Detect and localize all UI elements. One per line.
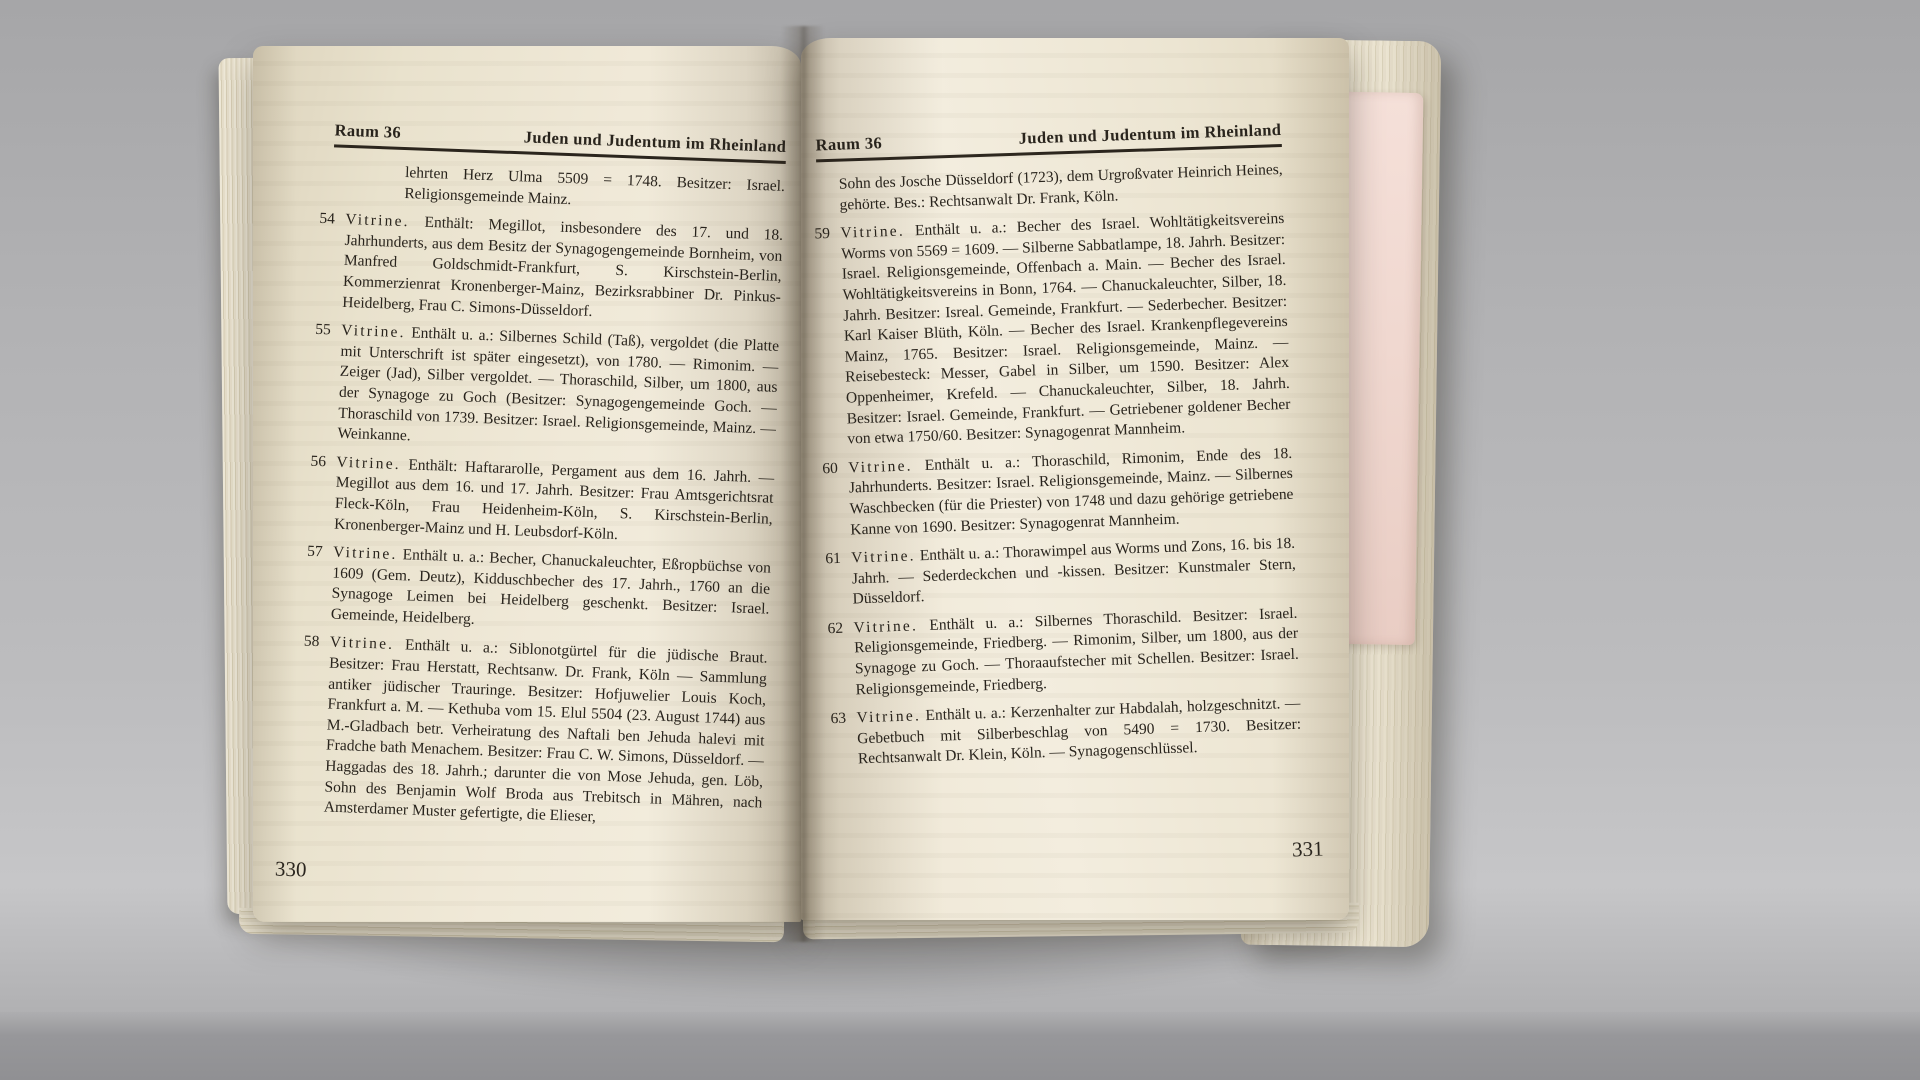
table-surface — [0, 1012, 1920, 1080]
entry-number: 62 — [827, 619, 843, 640]
header-title-left: Juden und Judentum im Rheinland — [523, 127, 786, 157]
catalog-entry-57: 57 Vitrine. Enthält u. a.: Becher, Chanu… — [305, 542, 772, 641]
entry-number: 58 — [303, 632, 319, 653]
page-number-left: 330 — [275, 856, 307, 882]
entry-label: Vitrine. — [330, 634, 395, 653]
continuation-paragraph: lehrten Herz Ulma 5509 = 1748. Besitzer:… — [320, 160, 785, 218]
continuation-paragraph: Sohn des Josche Düsseldorf (1723), dem U… — [813, 160, 1284, 217]
entry-label: Vitrine. — [333, 544, 398, 563]
header-title-right: Juden und Judentum im Rheinland — [1018, 120, 1281, 149]
running-header-left: Raum 36 Juden und Judentum im Rheinland — [334, 120, 787, 164]
entry-number: 61 — [825, 549, 841, 570]
catalog-entry-59: 59 Vitrine. Enthält u. a.: Becher des Is… — [814, 209, 1291, 451]
catalog-entry-61: 61 Vitrine. Enthält u. a.: Thorawimpel a… — [825, 534, 1297, 611]
left-page-body: lehrten Herz Ulma 5509 = 1748. Besitzer:… — [297, 160, 785, 834]
entry-text: Vitrine. Enthält: Haftararolle, Pergamen… — [334, 452, 775, 550]
catalog-entry-62: 62 Vitrine. Enthält u. a.: Silbernes Tho… — [827, 604, 1299, 702]
page-number-right: 331 — [1291, 836, 1323, 862]
entry-number: 63 — [830, 709, 846, 730]
catalog-entry-63: 63 Vitrine. Enthält u. a.: Kerzenhalter … — [830, 694, 1302, 771]
header-room-left: Raum 36 — [334, 120, 401, 142]
entry-number: 56 — [310, 451, 326, 472]
entry-label: Vitrine. — [341, 322, 406, 341]
entry-label: Vitrine. — [853, 617, 918, 636]
entry-number: 57 — [307, 542, 323, 563]
open-book: Raum 36 Juden und Judentum im Rheinland … — [225, 14, 1420, 964]
entry-number: 60 — [822, 459, 838, 480]
entry-label: Vitrine. — [848, 457, 913, 476]
catalog-entry-60: 60 Vitrine. Enthält u. a.: Thoraschild, … — [822, 444, 1294, 542]
book-page-left: Raum 36 Juden und Judentum im Rheinland … — [253, 46, 801, 922]
entry-text: Vitrine. Enthält u. a.: Siblonotgürtel f… — [323, 633, 767, 834]
catalog-entry-58: 58 Vitrine. Enthält u. a.: Siblonotgürte… — [297, 632, 767, 834]
entry-label: Vitrine. — [345, 211, 410, 230]
catalog-entry-54: 54 Vitrine. Enthält: Megillot, insbesond… — [316, 209, 783, 329]
entry-number: 59 — [814, 224, 830, 245]
right-page-content: Raum 36 Juden und Judentum im Rheinland … — [811, 120, 1302, 771]
entry-text: Vitrine. Enthält u. a.: Kerzenhalter zur… — [856, 694, 1302, 770]
catalog-entry-56: 56 Vitrine. Enthält: Haftararolle, Perga… — [308, 451, 775, 550]
running-header-right: Raum 36 Juden und Judentum im Rheinland — [815, 120, 1282, 162]
entry-text: Vitrine. Enthält u. a.: Thoraschild, Rim… — [848, 444, 1294, 541]
entry-label: Vitrine. — [336, 453, 401, 472]
entry-text: Vitrine. Enthält u. a.: Silbernes Schild… — [337, 321, 779, 461]
left-page-content: Raum 36 Juden und Judentum im Rheinland … — [297, 120, 786, 834]
catalog-entry-55: 55 Vitrine. Enthält u. a.: Silbernes Sch… — [311, 320, 779, 460]
entry-number: 55 — [315, 320, 331, 341]
book-page-right: Raum 36 Juden und Judentum im Rheinland … — [801, 38, 1349, 920]
right-page-body: Sohn des Josche Düsseldorf (1723), dem U… — [813, 160, 1303, 771]
entry-number: 54 — [319, 209, 335, 230]
entry-label: Vitrine. — [856, 708, 921, 727]
entry-label: Vitrine. — [851, 547, 916, 566]
entry-text: Vitrine. Enthält u. a.: Thorawimpel aus … — [851, 534, 1297, 610]
entry-text: Vitrine. Enthält: Megillot, insbesondere… — [342, 210, 783, 329]
photo-background: Raum 36 Juden und Judentum im Rheinland … — [0, 0, 1920, 1080]
entry-label: Vitrine. — [840, 223, 905, 242]
entry-text: Vitrine. Enthält u. a.: Silbernes Thoras… — [853, 604, 1299, 701]
entry-text: Vitrine. Enthält u. a.: Becher, Chanucka… — [330, 543, 771, 641]
entry-text: Vitrine. Enthält u. a.: Becher des Israe… — [840, 209, 1291, 450]
header-room-right: Raum 36 — [815, 133, 882, 155]
